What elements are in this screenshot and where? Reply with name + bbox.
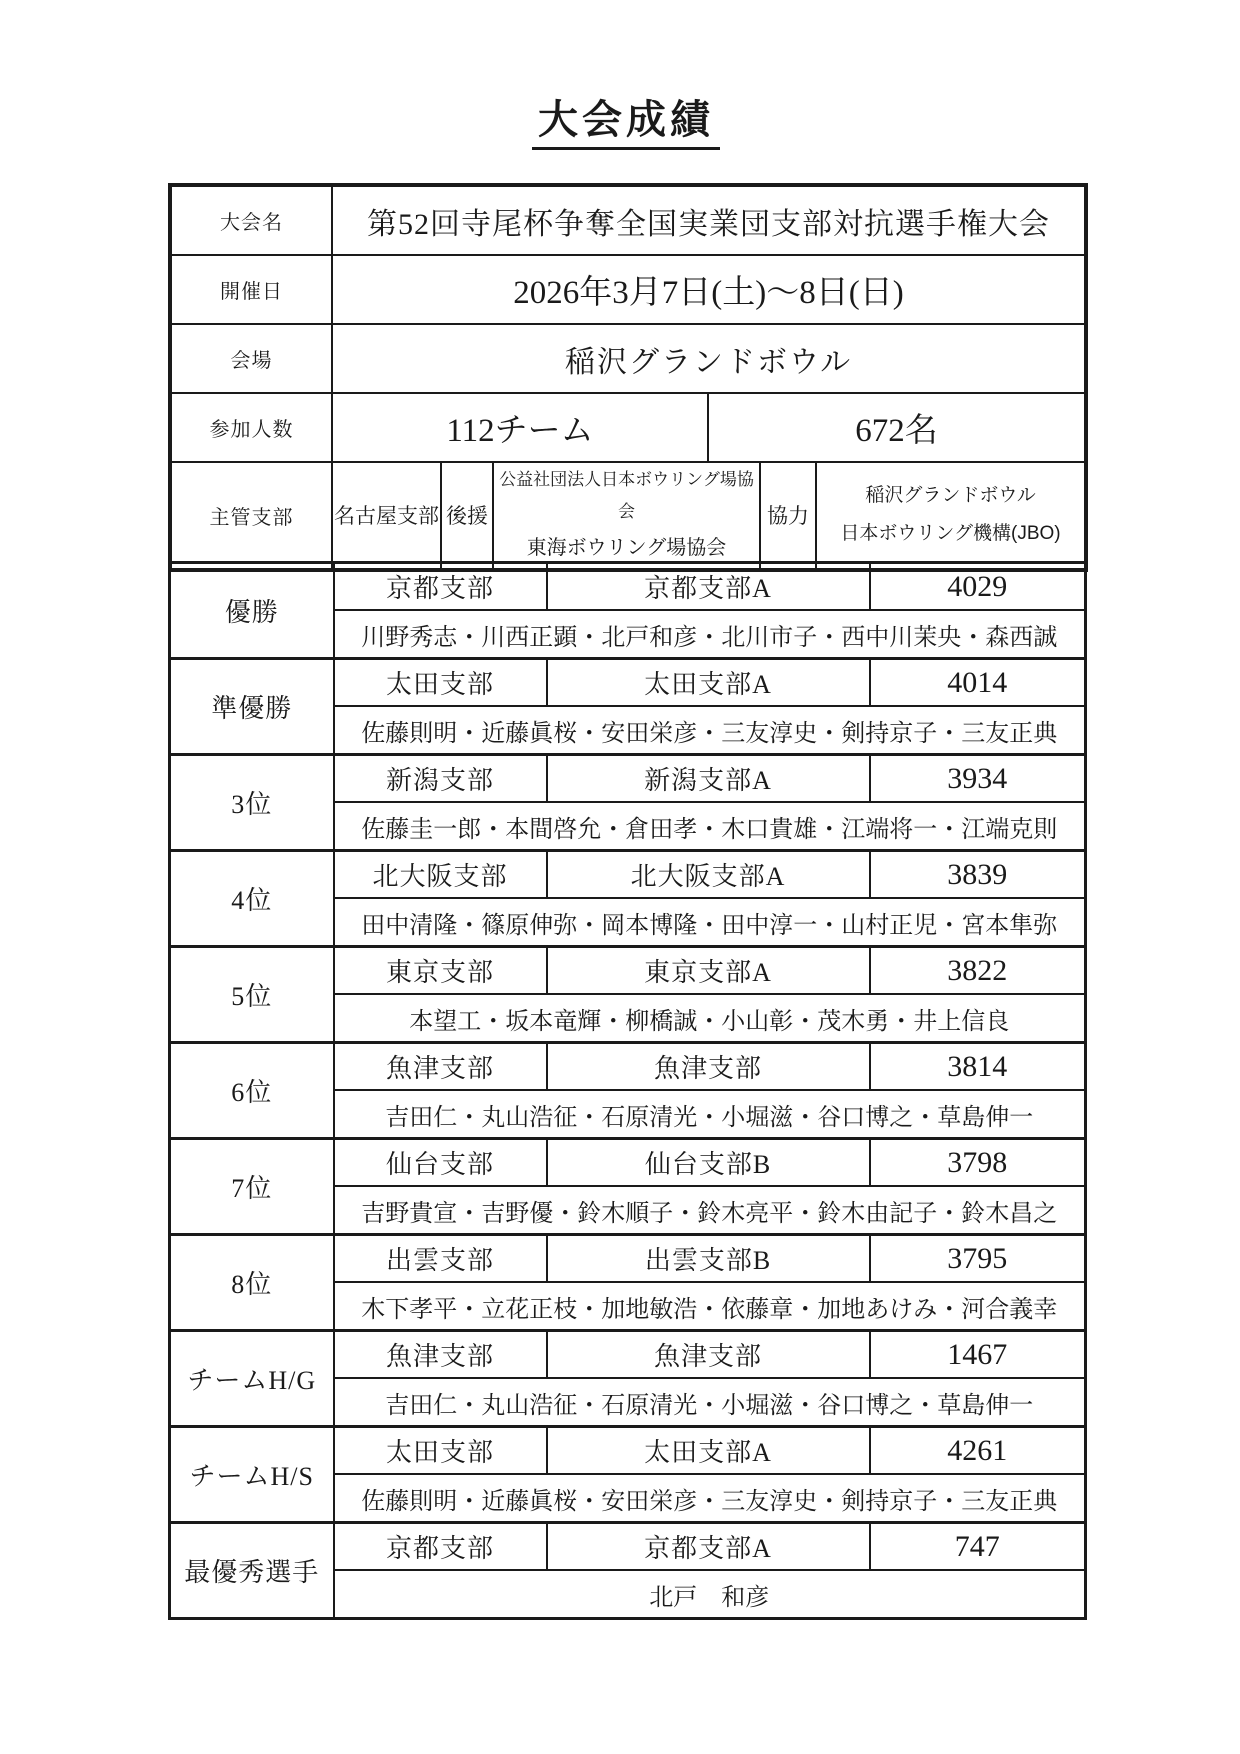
result-team: 太田支部A	[547, 659, 870, 707]
result-branch: 仙台支部	[334, 1139, 547, 1187]
result-team: 魚津支部	[547, 1331, 870, 1379]
support-label: 後援	[441, 462, 493, 570]
support-org-line1: 公益社団法人日本ボウリング場協会	[495, 464, 758, 529]
info-label-date: 開催日	[170, 255, 332, 324]
result-main-row: 3位 新潟支部 新潟支部A 3934	[170, 755, 1086, 803]
result-main-row: 8位 出雲支部 出雲支部B 3795	[170, 1235, 1086, 1283]
info-row-participants: 参加人数 112チーム 672名	[170, 393, 1086, 462]
result-rank-label: 8位	[170, 1235, 334, 1331]
result-main-row: 優勝 京都支部 京都支部A 4029	[170, 563, 1086, 611]
result-main-row: 準優勝 太田支部 太田支部A 4014	[170, 659, 1086, 707]
result-branch: 京都支部	[334, 1523, 547, 1571]
page-title: 大会成績	[532, 98, 720, 150]
result-members: 木下孝平・立花正枝・加地敏浩・依藤章・加地あけみ・河合義幸	[334, 1282, 1086, 1331]
result-branch: 出雲支部	[334, 1235, 547, 1283]
cooperation-org-line1: 稲沢グランドボウル	[818, 477, 1083, 515]
info-row-date: 開催日 2026年3月7日(土)～8日(日)	[170, 255, 1086, 324]
result-members: 本望工・坂本竜輝・柳橋誠・小山彰・茂木勇・井上信良	[334, 994, 1086, 1043]
result-score: 4029	[870, 563, 1086, 611]
result-branch: 北大阪支部	[334, 851, 547, 899]
result-rank-label: 4位	[170, 851, 334, 947]
result-score: 1467	[870, 1331, 1086, 1379]
result-team: 京都支部A	[547, 563, 870, 611]
result-team: 京都支部A	[547, 1523, 870, 1571]
result-members: 佐藤則明・近藤眞桜・安田栄彦・三友淳史・剣持京子・三友正典	[334, 706, 1086, 755]
result-rank-label: 6位	[170, 1043, 334, 1139]
tournament-name-value: 第52回寺尾杯争奪全国実業団支部対抗選手権大会	[332, 185, 1086, 255]
info-label-venue: 会場	[170, 324, 332, 393]
support-organizations: 公益社団法人日本ボウリング場協会 東海ボウリング場協会	[493, 462, 760, 570]
result-main-row: 5位 東京支部 東京支部A 3822	[170, 947, 1086, 995]
result-members: 吉野貴宣・吉野優・鈴木順子・鈴木亮平・鈴木由記子・鈴木昌之	[334, 1186, 1086, 1235]
organizer-branch-value: 名古屋支部	[332, 462, 441, 570]
results-table: 優勝 京都支部 京都支部A 4029 川野秀志・川西正顕・北戸和彦・北川市子・西…	[168, 561, 1087, 1620]
tournament-info-table: 大会名 第52回寺尾杯争奪全国実業団支部対抗選手権大会 開催日 2026年3月7…	[168, 183, 1088, 572]
result-members: 田中清隆・篠原伸弥・岡本博隆・田中淳一・山村正児・宮本隼弥	[334, 898, 1086, 947]
result-members: 佐藤則明・近藤眞桜・安田栄彦・三友淳史・剣持京子・三友正典	[334, 1474, 1086, 1523]
venue-value: 稲沢グランドボウル	[332, 324, 1086, 393]
result-main-row: 6位 魚津支部 魚津支部 3814	[170, 1043, 1086, 1091]
participant-teams-value: 112チーム	[332, 393, 708, 462]
result-score: 3839	[870, 851, 1086, 899]
result-rank-label: 3位	[170, 755, 334, 851]
result-members: 佐藤圭一郎・本間啓允・倉田孝・木口貴雄・江端将一・江端克則	[334, 802, 1086, 851]
cooperation-label: 協力	[760, 462, 816, 570]
result-rank-label: 準優勝	[170, 659, 334, 755]
result-team: 出雲支部B	[547, 1235, 870, 1283]
result-score: 3795	[870, 1235, 1086, 1283]
results-table-body: 優勝 京都支部 京都支部A 4029 川野秀志・川西正顕・北戸和彦・北川市子・西…	[170, 563, 1086, 1619]
result-branch: 魚津支部	[334, 1331, 547, 1379]
result-score: 4261	[870, 1427, 1086, 1475]
result-branch: 太田支部	[334, 659, 547, 707]
result-team: 新潟支部A	[547, 755, 870, 803]
page-title-wrap: 大会成績	[168, 98, 1084, 150]
result-team: 東京支部A	[547, 947, 870, 995]
info-row-tournament-name: 大会名 第52回寺尾杯争奪全国実業団支部対抗選手権大会	[170, 185, 1086, 255]
result-team: 魚津支部	[547, 1043, 870, 1091]
result-score: 747	[870, 1523, 1086, 1571]
result-rank-label: チームH/S	[170, 1427, 334, 1523]
result-members: 川野秀志・川西正顕・北戸和彦・北川市子・西中川茉央・森西誠	[334, 610, 1086, 659]
info-label-organizer: 主管支部	[170, 462, 332, 570]
info-label-tournament-name: 大会名	[170, 185, 332, 255]
result-rank-label: 7位	[170, 1139, 334, 1235]
result-score: 4014	[870, 659, 1086, 707]
participant-people-value: 672名	[708, 393, 1086, 462]
result-main-row: 最優秀選手 京都支部 京都支部A 747	[170, 1523, 1086, 1571]
result-main-row: 7位 仙台支部 仙台支部B 3798	[170, 1139, 1086, 1187]
result-branch: 太田支部	[334, 1427, 547, 1475]
result-branch: 東京支部	[334, 947, 547, 995]
result-members: 吉田仁・丸山浩征・石原清光・小堀滋・谷口博之・草島伸一	[334, 1090, 1086, 1139]
date-value: 2026年3月7日(土)～8日(日)	[332, 255, 1086, 324]
result-rank-label: チームH/G	[170, 1331, 334, 1427]
result-branch: 京都支部	[334, 563, 547, 611]
result-main-row: 4位 北大阪支部 北大阪支部A 3839	[170, 851, 1086, 899]
result-team: 太田支部A	[547, 1427, 870, 1475]
result-score: 3814	[870, 1043, 1086, 1091]
result-branch: 魚津支部	[334, 1043, 547, 1091]
result-score: 3822	[870, 947, 1086, 995]
result-rank-label: 優勝	[170, 563, 334, 659]
result-main-row: チームH/G 魚津支部 魚津支部 1467	[170, 1331, 1086, 1379]
result-score: 3934	[870, 755, 1086, 803]
result-rank-label: 5位	[170, 947, 334, 1043]
result-score: 3798	[870, 1139, 1086, 1187]
result-main-row: チームH/S 太田支部 太田支部A 4261	[170, 1427, 1086, 1475]
result-team: 仙台支部B	[547, 1139, 870, 1187]
result-branch: 新潟支部	[334, 755, 547, 803]
info-row-venue: 会場 稲沢グランドボウル	[170, 324, 1086, 393]
result-members: 北戸 和彦	[334, 1570, 1086, 1619]
document-page: 大会成績 大会名 第52回寺尾杯争奪全国実業団支部対抗選手権大会 開催日 202…	[0, 0, 1240, 1754]
result-rank-label: 最優秀選手	[170, 1523, 334, 1619]
result-team: 北大阪支部A	[547, 851, 870, 899]
info-label-participants: 参加人数	[170, 393, 332, 462]
result-members: 吉田仁・丸山浩征・石原清光・小堀滋・谷口博之・草島伸一	[334, 1378, 1086, 1427]
cooperation-org-line2: 日本ボウリング機構(JBO)	[818, 515, 1083, 553]
info-row-organizers: 主管支部 名古屋支部 後援 公益社団法人日本ボウリング場協会 東海ボウリング場協…	[170, 462, 1086, 570]
cooperation-organizations: 稲沢グランドボウル 日本ボウリング機構(JBO)	[816, 462, 1086, 570]
